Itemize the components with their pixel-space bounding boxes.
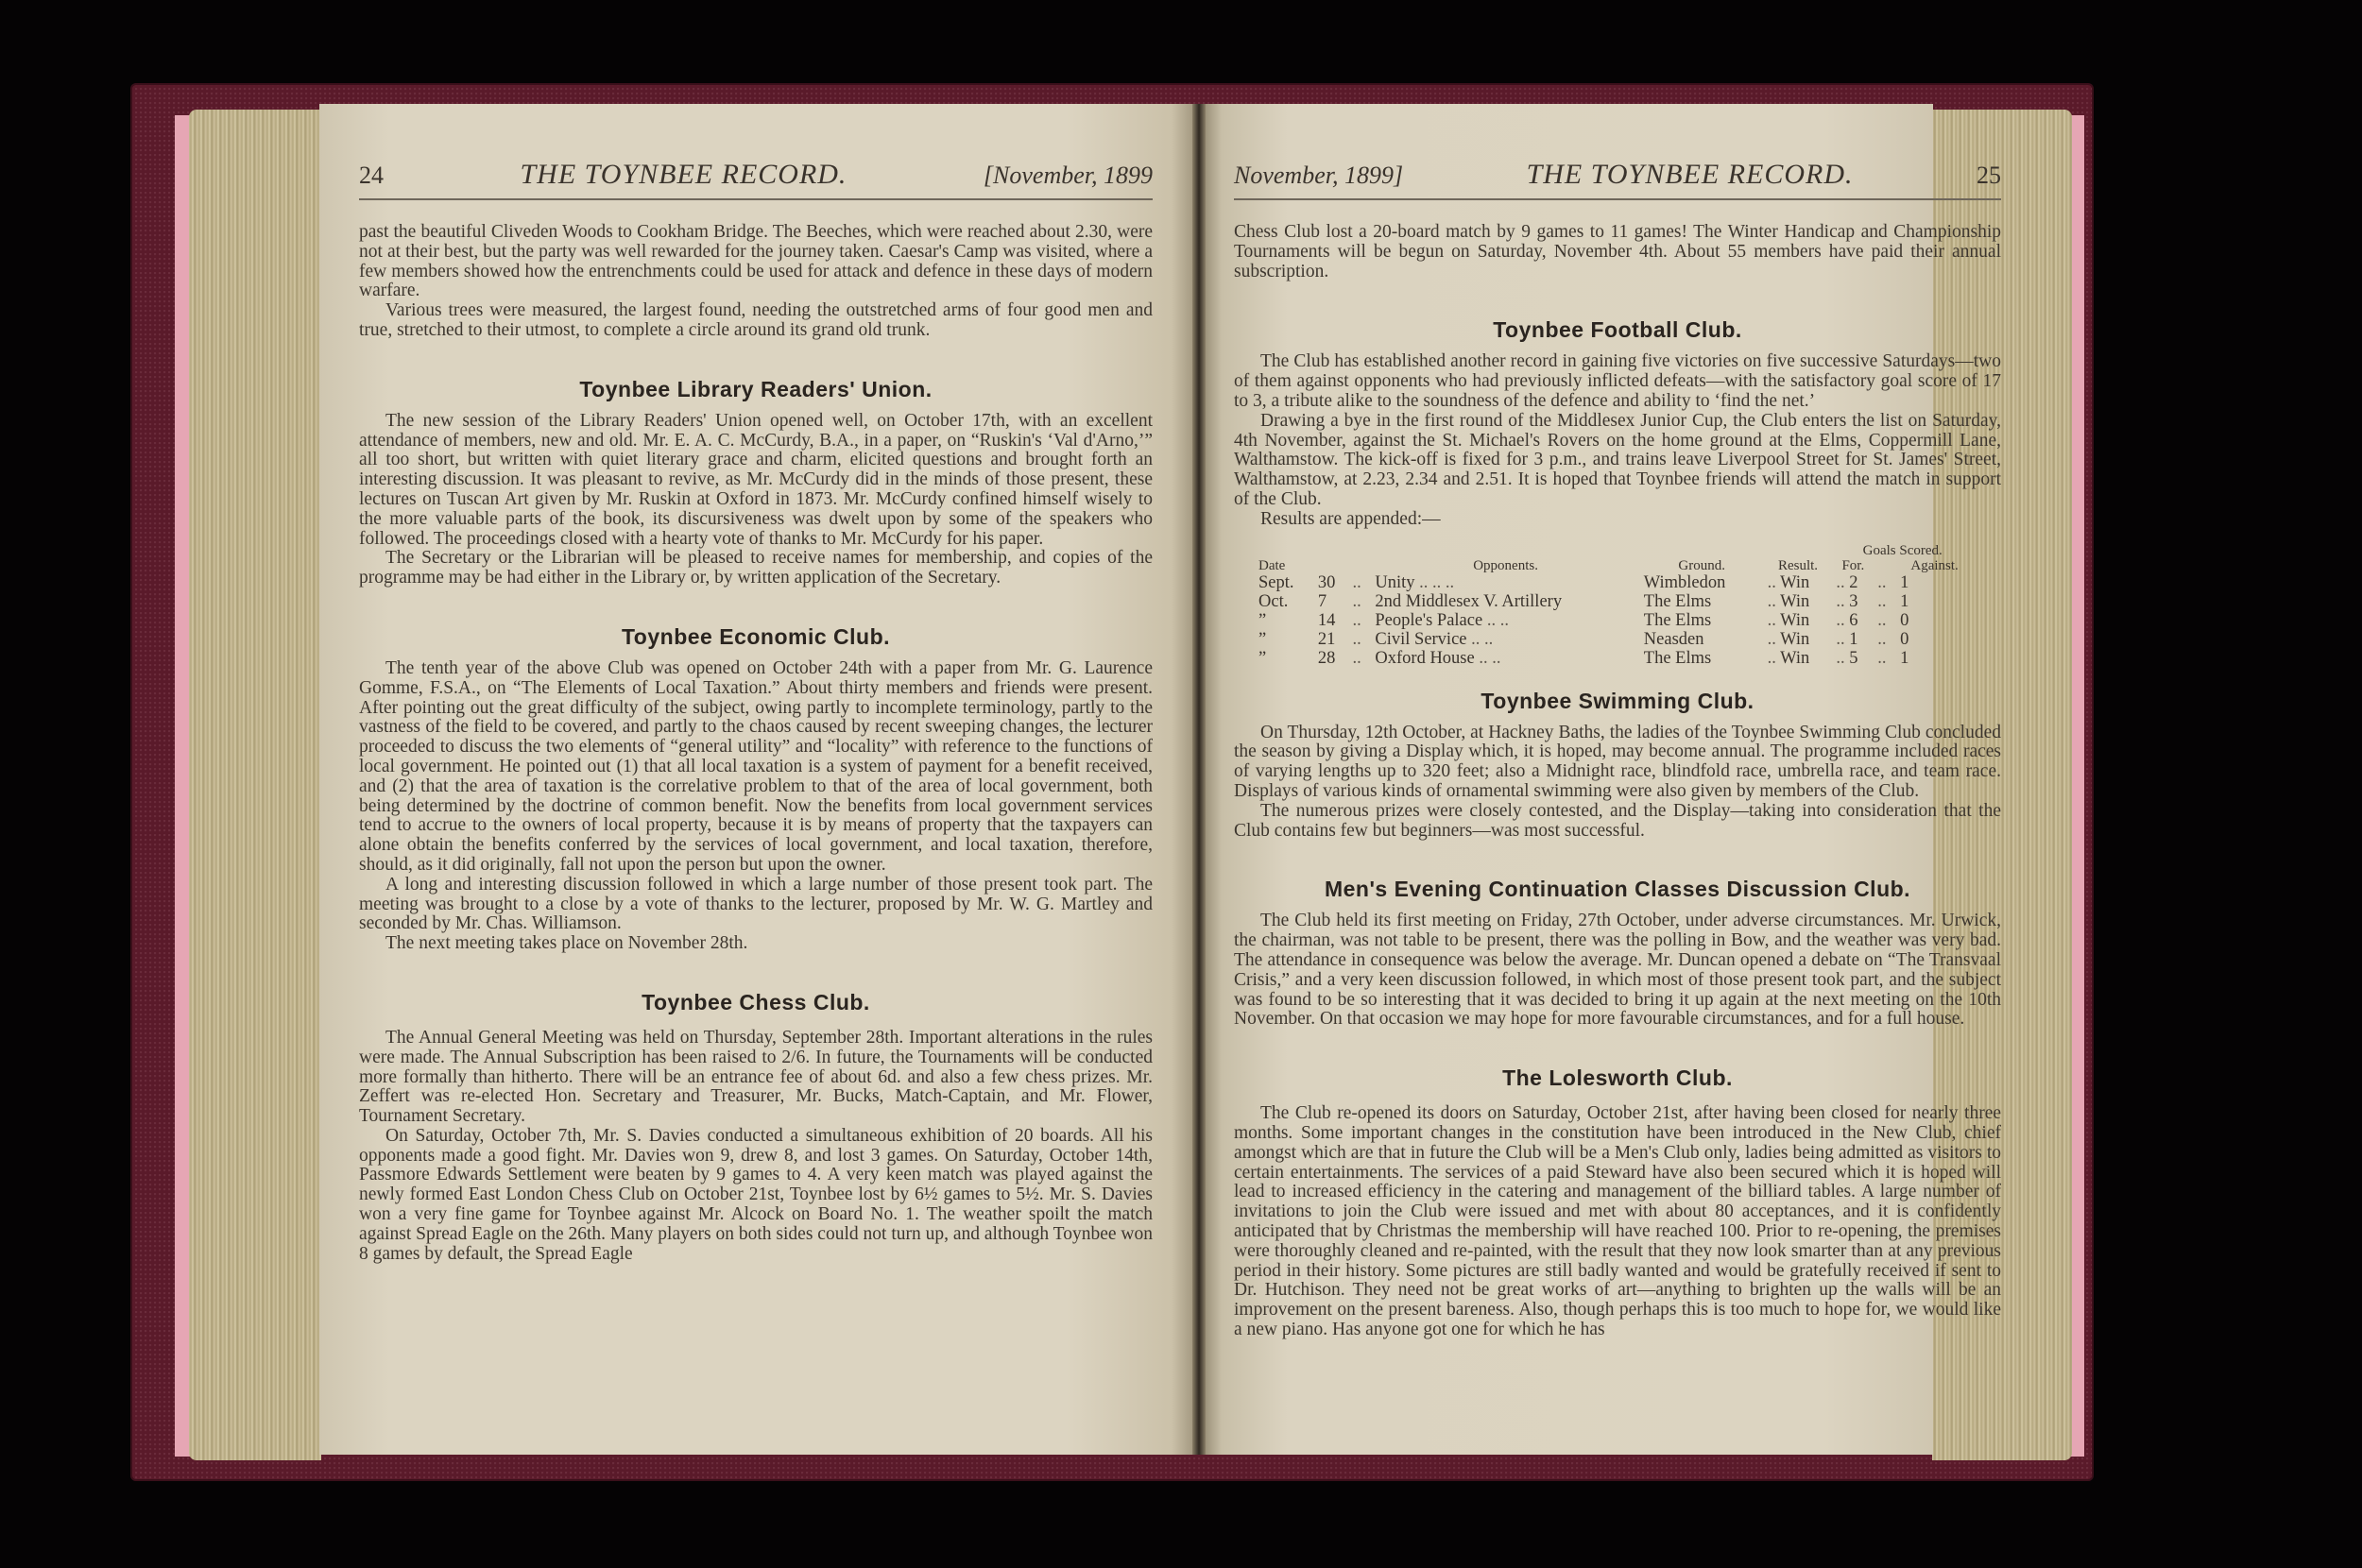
page-number: 24 [359,162,384,190]
row-result: .. Win [1764,630,1833,649]
paragraph: Various trees were measured, the largest… [359,301,1153,341]
paragraph: On Thursday, 12th October, at Hackney Ba… [1234,724,2001,802]
paragraph: The Club re-opened its doors on Saturday… [1234,1104,2001,1340]
paragraph: The Club has established another record … [1234,352,2001,411]
paragraph: Chess Club lost a 20-board match by 9 ga… [1234,223,2001,281]
table-row: Sept. 30 .. Unity .. .. .. Wimbledon .. … [1255,573,1973,592]
row-goals-for: .. 3 [1832,592,1874,611]
row-ground: The Elms [1640,592,1764,611]
paragraph: past the beautiful Cliveden Woods to Coo… [359,223,1153,301]
row-month: Oct. [1255,592,1314,611]
row-ground: Wimbledon [1640,573,1764,592]
row-month: ” [1255,630,1314,649]
row-month: Sept. [1255,573,1314,592]
paragraph: The Club held its first meeting on Frida… [1234,912,2001,1030]
paragraph: A long and interesting discussion follow… [359,876,1153,934]
row-month: ” [1255,649,1314,668]
running-date: November, 1899] [1234,162,1403,190]
row-goals-for: .. 1 [1832,630,1874,649]
row-day: 30 [1314,573,1349,592]
ground-header: Ground. [1640,558,1764,573]
row-day: 21 [1314,630,1349,649]
right-page-content: November, 1899] THE TOYNBEE RECORD. 25 C… [1234,159,2001,1340]
running-head-right: November, 1899] THE TOYNBEE RECORD. 25 [1234,159,2001,200]
page-stack-left [189,110,321,1460]
opponents-header: Opponents. [1371,558,1639,573]
row-result: .. Win [1764,611,1833,630]
row-opponent: People's Palace .. .. [1371,611,1639,630]
paragraph: Results are appended:— [1234,510,2001,530]
section-heading: Toynbee Chess Club. [359,990,1153,1015]
table-row: ” 28 .. Oxford House .. .. The Elms .. W… [1255,649,1973,668]
row-day: 7 [1314,592,1349,611]
paragraph: The tenth year of the above Club was ope… [359,659,1153,876]
row-opponent: Unity .. .. .. [1371,573,1639,592]
date-header: Date [1255,558,1349,573]
paragraph: The numerous prizes were closely contest… [1234,802,2001,842]
goals-against-header: Against. [1896,558,1973,573]
paragraph: The Secretary or the Librarian will be p… [359,549,1153,588]
pink-endpaper-left [175,115,190,1457]
goals-scored-header: Goals Scored. [1832,543,1973,558]
football-results-table: Goals Scored. Date Opponents. Ground. Re… [1255,543,1973,668]
row-result: .. Win [1764,573,1833,592]
book-gutter [1192,104,1206,1455]
row-result: .. Win [1764,592,1833,611]
running-title: THE TOYNBEE RECORD. [520,159,847,191]
running-head-left: 24 THE TOYNBEE RECORD. [November, 1899 [359,159,1153,200]
row-ground: The Elms [1640,649,1764,668]
left-page-content: 24 THE TOYNBEE RECORD. [November, 1899 p… [359,159,1153,1264]
row-day: 28 [1314,649,1349,668]
table-row: ” 21 .. Civil Service .. .. Neasden .. W… [1255,630,1973,649]
row-opponent: 2nd Middlesex V. Artillery [1371,592,1639,611]
row-opponent: Civil Service .. .. [1371,630,1639,649]
row-result: .. Win [1764,649,1833,668]
table-row: Oct. 7 .. 2nd Middlesex V. Artillery The… [1255,592,1973,611]
table-row: ” 14 .. People's Palace .. .. The Elms .… [1255,611,1973,630]
row-month: ” [1255,611,1314,630]
result-header: Result. [1764,558,1833,573]
row-goals-against: 1 [1896,592,1973,611]
paragraph: The Annual General Meeting was held on T… [359,1029,1153,1127]
row-goals-for: .. 6 [1832,611,1874,630]
paragraph: On Saturday, October 7th, Mr. S. Davies … [359,1127,1153,1265]
section-heading: Toynbee Economic Club. [359,624,1153,650]
row-goals-against: 0 [1896,630,1973,649]
page-number: 25 [1977,162,2001,190]
row-goals-against: 0 [1896,611,1973,630]
goals-for-header: For. [1832,558,1874,573]
section-heading: Toynbee Swimming Club. [1234,689,2001,714]
paragraph: Drawing a bye in the first round of the … [1234,412,2001,510]
paragraph: The new session of the Library Readers' … [359,412,1153,550]
section-heading: The Lolesworth Club. [1234,1065,2001,1091]
row-opponent: Oxford House .. .. [1371,649,1639,668]
row-ground: Neasden [1640,630,1764,649]
section-heading: Men's Evening Continuation Classes Discu… [1234,877,2001,902]
section-heading: Toynbee Library Readers' Union. [359,377,1153,402]
running-title: THE TOYNBEE RECORD. [1527,159,1854,191]
row-day: 14 [1314,611,1349,630]
running-date: [November, 1899 [984,162,1153,190]
paragraph: The next meeting takes place on November… [359,934,1153,954]
row-goals-for: .. 5 [1832,649,1874,668]
section-heading: Toynbee Football Club. [1234,317,2001,343]
row-goals-for: .. 2 [1832,573,1874,592]
row-goals-against: 1 [1896,649,1973,668]
row-ground: The Elms [1640,611,1764,630]
row-goals-against: 1 [1896,573,1973,592]
